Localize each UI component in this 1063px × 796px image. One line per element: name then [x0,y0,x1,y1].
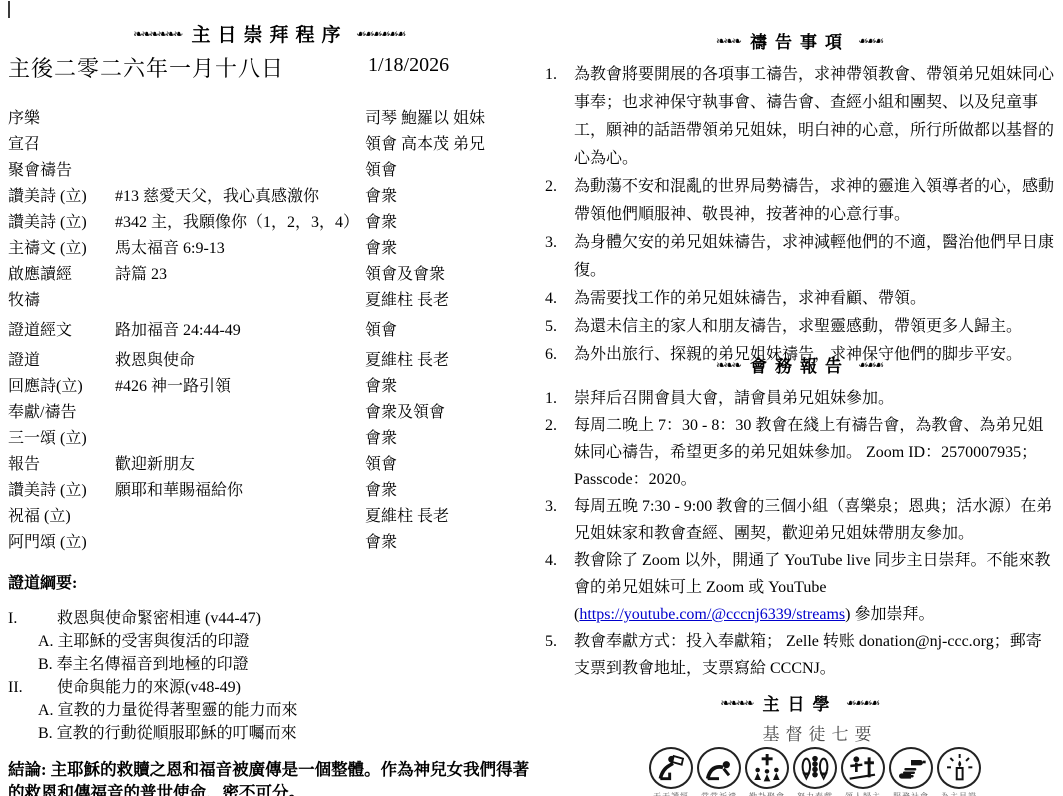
outline-point: II.使命與能力的來源(v48-49) [8,676,531,699]
item-number: 2. [545,412,574,493]
serve-society-icon [889,747,933,789]
program-label: 祝福 (立) [8,504,115,530]
program-label: 阿門頌 (立) [8,530,115,556]
outline-point-number: I. [8,607,57,630]
program-row: 宣召領會 高本茂 弟兄 [8,132,531,158]
program-row: 序樂司琴 鮑羅以 姐妹 [8,106,531,132]
program-who: 夏維柱 長老 [365,288,531,314]
program-who: 會衆 [365,374,531,400]
prayer-item: 1.為教會將要開展的各項事工禱告，求神帶領教會、帶領弟兄姐妹同心事奉；也求神保守… [545,61,1055,173]
program-who: 會衆 [365,478,531,504]
program-row: 祝福 (立)夏維柱 長老 [8,504,531,530]
date-row: 主後二零二六年一月十八日 1/18/2026 [8,52,531,83]
sermon-outline-heading: 證道綱要: [8,570,531,593]
item-text: 教會奉獻方式：投入奉獻箱； Zelle 转账 donation@nj-ccc.o… [574,628,1055,682]
announcement-item: 2.每周二晚上 7：30 - 8：30 教會在綫上有禱告會，為教會、為弟兄姐妹同… [545,412,1055,493]
program-row: 讚美詩 (立)願耶和華賜福給你會衆 [8,478,531,504]
sunday-school-section: ❧❧❧❧ 主日學 ❧❧❧❧ 基督徒七要 天天讀經 常常祈禱 [545,690,1055,796]
announcement-item: 3.每周五晚 7:30 - 9:00 教會的三個小組（喜樂泉；恩典；活水源）在弟… [545,493,1055,547]
program-label: 三一頌 (立) [8,426,115,452]
ornament-left: ❧❧❧❧❧❧ [133,27,181,41]
program-detail: 詩篇 23 [115,262,365,288]
program-row: 聚會禱告領會 [8,158,531,184]
prayer-item: 3.為身體欠安的弟兄姐妹禱告，求神減輕他們的不適，醫治他們早日康復。 [545,229,1055,285]
program-row: 啟應讀經詩篇 23領會及會衆 [8,262,531,288]
essential-item: 領人歸主 [840,747,886,796]
program-who: 領會及會衆 [365,262,531,288]
sunday-school-header: ❧❧❧❧ 主日學 ❧❧❧❧ [545,690,1055,715]
prayer-item: 2.為動蕩不安和混亂的世界局勢禱告，求神的靈進入領導者的心，感動帶領他們順服神、… [545,173,1055,229]
program-detail: 救恩與使命 [115,348,365,374]
program-who: 領會 高本茂 弟兄 [365,132,531,158]
outline-subpoint: B. 宣教的行動從順服耶穌的叮囑而來 [8,722,531,745]
announcements-section: ❧❧❧ 會務報告 ❧❧❧ 1.崇拜后召開會員大會，請會員弟兄姐妹參加。 2.每周… [545,352,1055,682]
program-detail [115,158,365,184]
date-numeric: 1/18/2026 [368,54,449,77]
item-number: 4. [545,547,574,628]
program-label: 主禱文 (立) [8,236,115,262]
item-text: 每周五晚 7:30 - 9:00 教會的三個小組（喜樂泉；恩典；活水源）在弟兄姐… [574,493,1055,547]
worship-program-table: 序樂司琴 鮑羅以 姐妹 宣召領會 高本茂 弟兄 聚會禱告領會 讚美詩 (立)#1… [8,106,531,556]
program-row: 讚美詩 (立)#13 慈愛天父，我心真感激你會衆 [8,184,531,210]
program-who: 會衆 [365,236,531,262]
item-text: 為教會將要開展的各項事工禱告，求神帶領教會、帶領弟兄姐妹同心事奉；也求神保守執事… [574,61,1055,173]
item-number: 5. [545,628,574,682]
pray-icon [697,747,741,789]
outline-point-text: 救恩與使命緊密相連 (v44-47) [57,607,261,630]
announcements-section-title: 會務報告 [750,352,850,377]
read-bible-icon [649,747,693,789]
witness-icon [937,747,981,789]
program-label: 宣召 [8,132,115,158]
program-detail [115,530,365,556]
program-row: 證道經文路加福音 24:44-49領會 [8,318,531,344]
program-label: 證道經文 [8,318,115,344]
program-who: 夏維柱 長老 [365,348,531,374]
program-row: 阿門頌 (立)會衆 [8,530,531,556]
program-label: 讚美詩 (立) [8,478,115,504]
program-who: 領會 [365,158,531,184]
essential-item: 服務社會 [888,747,934,796]
essential-item: 勤赴聚會 [744,747,790,796]
item-number: 5. [545,313,574,341]
ornament-left: ❧❧❧❧ [720,696,752,710]
item-text: 為身體欠安的弟兄姐妹禱告，求神減輕他們的不適，醫治他們早日康復。 [574,229,1055,285]
announcement-item: 1.崇拜后召開會員大會，請會員弟兄姐妹參加。 [545,385,1055,412]
page-title: 主日崇拜程序 [191,20,347,47]
announcement-item: 4.教會除了 Zoom 以外，開通了 YouTube live 同步主日崇拜。不… [545,547,1055,628]
essential-label: 為主見證 [941,791,977,796]
ornament-left: ❧❧❧ [716,358,740,372]
essential-label: 領人歸主 [845,791,881,796]
item-number: 4. [545,285,574,313]
sermon-conclusion: 結論: 主耶穌的救贖之恩和福音被廣傳是一個整體。作為神兒女我們得著的救恩和傳福音… [8,758,531,796]
program-label: 證道 [8,348,115,374]
program-row: 牧禱夏維柱 長老 [8,288,531,314]
program-label: 啟應讀經 [8,262,115,288]
item-number: 3. [545,493,574,547]
sermon-outline: 證道綱要: I.救恩與使命緊密相連 (v44-47) A. 主耶穌的受害與復活的… [8,570,531,796]
ornament-right: ❧❧❧❧❧❧ [358,27,406,41]
essential-label: 努力奉獻 [797,791,833,796]
seven-essentials-title: 基督徒七要 [585,720,1055,745]
program-who: 司琴 鮑羅以 姐妹 [365,106,531,132]
program-row: 回應詩(立)#426 神一路引領會衆 [8,374,531,400]
program-detail [115,426,365,452]
program-who: 會衆 [365,530,531,556]
program-detail: 歡迎新朋友 [115,452,365,478]
announcement-item: 5.教會奉獻方式：投入奉獻箱； Zelle 转账 donation@nj-ccc… [545,628,1055,682]
program-detail [115,504,365,530]
prayer-list: 1.為教會將要開展的各項事工禱告，求神帶領教會、帶領弟兄姐妹同心事奉；也求神保守… [545,61,1055,369]
program-label: 讚美詩 (立) [8,210,115,236]
program-who: 會衆 [365,426,531,452]
program-label: 回應詩(立) [8,374,115,400]
item-text: 為需要找工作的弟兄姐妹禱告，求神看顧、帶領。 [574,285,1055,313]
prayer-section-title: 禱告事項 [750,28,850,53]
item-number: 1. [545,385,574,412]
program-label: 奉獻/禱告 [8,400,115,426]
program-row: 主禱文 (立)馬太福音 6:9-13會衆 [8,236,531,262]
essential-label: 服務社會 [893,791,929,796]
essential-item: 天天讀經 [648,747,694,796]
ornament-right: ❧❧❧ [860,358,884,372]
outline-point: I.救恩與使命緊密相連 (v44-47) [8,607,531,630]
essential-label: 常常祈禱 [701,791,737,796]
program-label: 報告 [8,452,115,478]
program-who: 領會 [365,452,531,478]
bulletin-title-row: ❧❧❧❧❧❧ 主日崇拜程序 ❧❧❧❧❧❧ [8,20,531,47]
ornament-left: ❧❧❧ [716,34,740,48]
program-who: 夏維柱 長老 [365,504,531,530]
program-who: 會衆及領會 [365,400,531,426]
program-who: 領會 [365,318,531,344]
lead-to-lord-icon [841,747,885,789]
program-row: 奉獻/禱告會衆及領會 [8,400,531,426]
program-row: 報告歡迎新朋友領會 [8,452,531,478]
essential-label: 天天讀經 [653,791,689,796]
program-row: 證道救恩與使命夏維柱 長老 [8,348,531,374]
prayer-item: 5.為還未信主的家人和朋友禱告，求聖靈感動，帶領更多人歸主。 [545,313,1055,341]
program-detail [115,132,365,158]
item-text: 崇拜后召開會員大會，請會員弟兄姐妹參加。 [574,385,1055,412]
program-who: 會衆 [365,210,531,236]
program-detail [115,106,365,132]
date-chinese: 主後二零二六年一月十八日 [8,56,284,81]
program-label: 牧禱 [8,288,115,314]
program-detail: #342 主，我願像你（1，2，3，4） [115,210,365,236]
program-detail: #13 慈愛天父，我心真感激你 [115,184,365,210]
program-detail: 路加福音 24:44-49 [115,318,365,344]
essential-item: 努力奉獻 [792,747,838,796]
item-text: 為動蕩不安和混亂的世界局勢禱告，求神的靈進入領導者的心，感動帶領他們順服神、敬畏… [574,173,1055,229]
outline-point-number: II. [8,676,57,699]
outline-subpoint: A. 主耶穌的受害與復活的印證 [8,630,531,653]
item-text: 每周二晚上 7：30 - 8：30 教會在綫上有禱告會，為教會、為弟兄姐妹同心禱… [574,412,1055,493]
program-detail [115,400,365,426]
sunday-school-title: 主日學 [763,690,838,715]
program-detail: #426 神一路引領 [115,374,365,400]
essential-item: 為主見證 [936,747,982,796]
essential-item: 常常祈禱 [696,747,742,796]
ornament-right: ❧❧❧ [860,34,884,48]
prayer-section: ❧❧❧ 禱告事項 ❧❧❧ 1.為教會將要開展的各項事工禱告，求神帶領教會、帶領弟… [545,28,1055,369]
program-row: 讚美詩 (立)#342 主，我願像你（1，2，3，4）會衆 [8,210,531,236]
program-who: 會衆 [365,184,531,210]
gathering-icon [745,747,789,789]
prayer-item: 4.為需要找工作的弟兄姐妹禱告，求神看顧、帶領。 [545,285,1055,313]
program-label: 聚會禱告 [8,158,115,184]
essential-label: 勤赴聚會 [749,791,785,796]
program-detail: 馬太福音 6:9-13 [115,236,365,262]
program-label: 讚美詩 (立) [8,184,115,210]
item-number: 2. [545,173,574,229]
bulletin-right-page: ❧❧❧ 禱告事項 ❧❧❧ 1.為教會將要開展的各項事工禱告，求神帶領教會、帶領弟… [545,0,1055,796]
item-text: 教會除了 Zoom 以外，開通了 YouTube live 同步主日崇拜。不能來… [574,547,1055,628]
outline-point-text: 使命與能力的來源(v48-49) [57,676,241,699]
announcements-list: 1.崇拜后召開會員大會，請會員弟兄姐妹參加。 2.每周二晚上 7：30 - 8：… [545,385,1055,682]
outline-subpoint: A. 宣教的力量從得著聖靈的能力而來 [8,699,531,722]
item-text: 為還未信主的家人和朋友禱告，求聖靈感動，帶領更多人歸主。 [574,313,1055,341]
youtube-link[interactable]: https://youtube.com/@cccnj6339/streams [579,606,845,623]
program-detail [115,288,365,314]
outline-subpoint: B. 奉主名傳福音到地極的印證 [8,653,531,676]
item-text-after-link: ) 參加崇拜。 [845,606,934,623]
seven-essentials-icons: 天天讀經 常常祈禱 勤赴聚會 [575,747,1055,796]
program-row: 三一頌 (立)會衆 [8,426,531,452]
announcements-section-header: ❧❧❧ 會務報告 ❧❧❧ [545,352,1055,377]
offering-icon [793,747,837,789]
item-number: 3. [545,229,574,285]
prayer-section-header: ❧❧❧ 禱告事項 ❧❧❧ [545,28,1055,53]
item-number: 1. [545,61,574,173]
program-detail: 願耶和華賜福給你 [115,478,365,504]
ornament-right: ❧❧❧❧ [848,696,880,710]
program-label: 序樂 [8,106,115,132]
bulletin-left-page: ❧❧❧❧❧❧ 主日崇拜程序 ❧❧❧❧❧❧ 主後二零二六年一月十八日 1/18/2… [8,0,531,796]
seven-essentials-image: 基督徒七要 天天讀經 常常祈禱 [545,720,1055,796]
